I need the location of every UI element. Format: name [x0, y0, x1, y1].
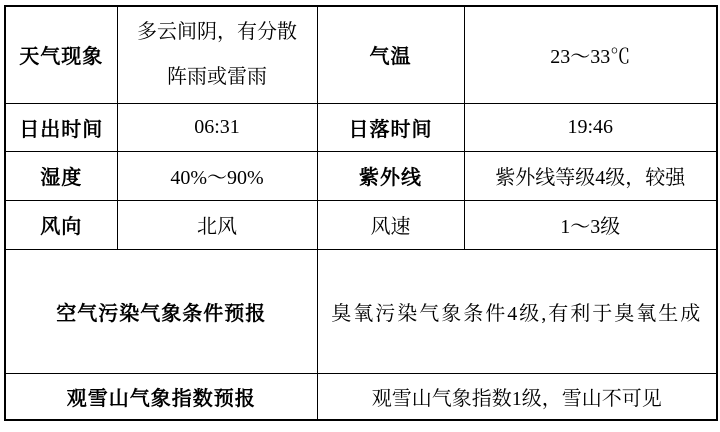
- table-row: 风向 北风 风速 1～3级: [5, 200, 717, 249]
- sunrise-time-value: 06:31: [117, 103, 317, 151]
- sunrise-time-label: 日出时间: [5, 103, 117, 151]
- uv-value: 紫外线等级4级，较强: [464, 151, 717, 200]
- wind-direction-label: 风向: [5, 200, 117, 249]
- table-row: 湿度 40%～90% 紫外线 紫外线等级4级，较强: [5, 151, 717, 200]
- table-row: 观雪山气象指数预报 观雪山气象指数1级，雪山不可见: [5, 373, 717, 420]
- wind-direction-value: 北风: [117, 200, 317, 249]
- uv-label: 紫外线: [317, 151, 464, 200]
- weather-phenomenon-value-line1: 多云间阴，有分散: [118, 10, 317, 55]
- temperature-value: 23～33℃: [464, 6, 717, 103]
- table-row: 空气污染气象条件预报 臭氧污染气象条件4级,有利于臭氧生成: [5, 249, 717, 373]
- humidity-label: 湿度: [5, 151, 117, 200]
- air-pollution-forecast-label: 空气污染气象条件预报: [5, 249, 317, 373]
- weather-phenomenon-label: 天气现象: [5, 6, 117, 103]
- wind-speed-label: 风速: [317, 200, 464, 249]
- air-pollution-forecast-value: 臭氧污染气象条件4级,有利于臭氧生成: [317, 249, 717, 373]
- weather-phenomenon-value: 多云间阴，有分散 阵雨或雷雨: [117, 6, 317, 103]
- weather-phenomenon-value-line2: 阵雨或雷雨: [118, 55, 317, 100]
- sunset-time-value: 19:46: [464, 103, 717, 151]
- sunset-time-label: 日落时间: [317, 103, 464, 151]
- snow-mountain-index-label: 观雪山气象指数预报: [5, 373, 317, 420]
- snow-mountain-index-value: 观雪山气象指数1级，雪山不可见: [317, 373, 717, 420]
- table-row: 日出时间 06:31 日落时间 19:46: [5, 103, 717, 151]
- weather-forecast-table: 天气现象 多云间阴，有分散 阵雨或雷雨 气温 23～33℃ 日出时间 06:31…: [4, 5, 718, 421]
- table-row: 天气现象 多云间阴，有分散 阵雨或雷雨 气温 23～33℃: [5, 6, 717, 103]
- wind-speed-value: 1～3级: [464, 200, 717, 249]
- humidity-value: 40%～90%: [117, 151, 317, 200]
- temperature-label: 气温: [317, 6, 464, 103]
